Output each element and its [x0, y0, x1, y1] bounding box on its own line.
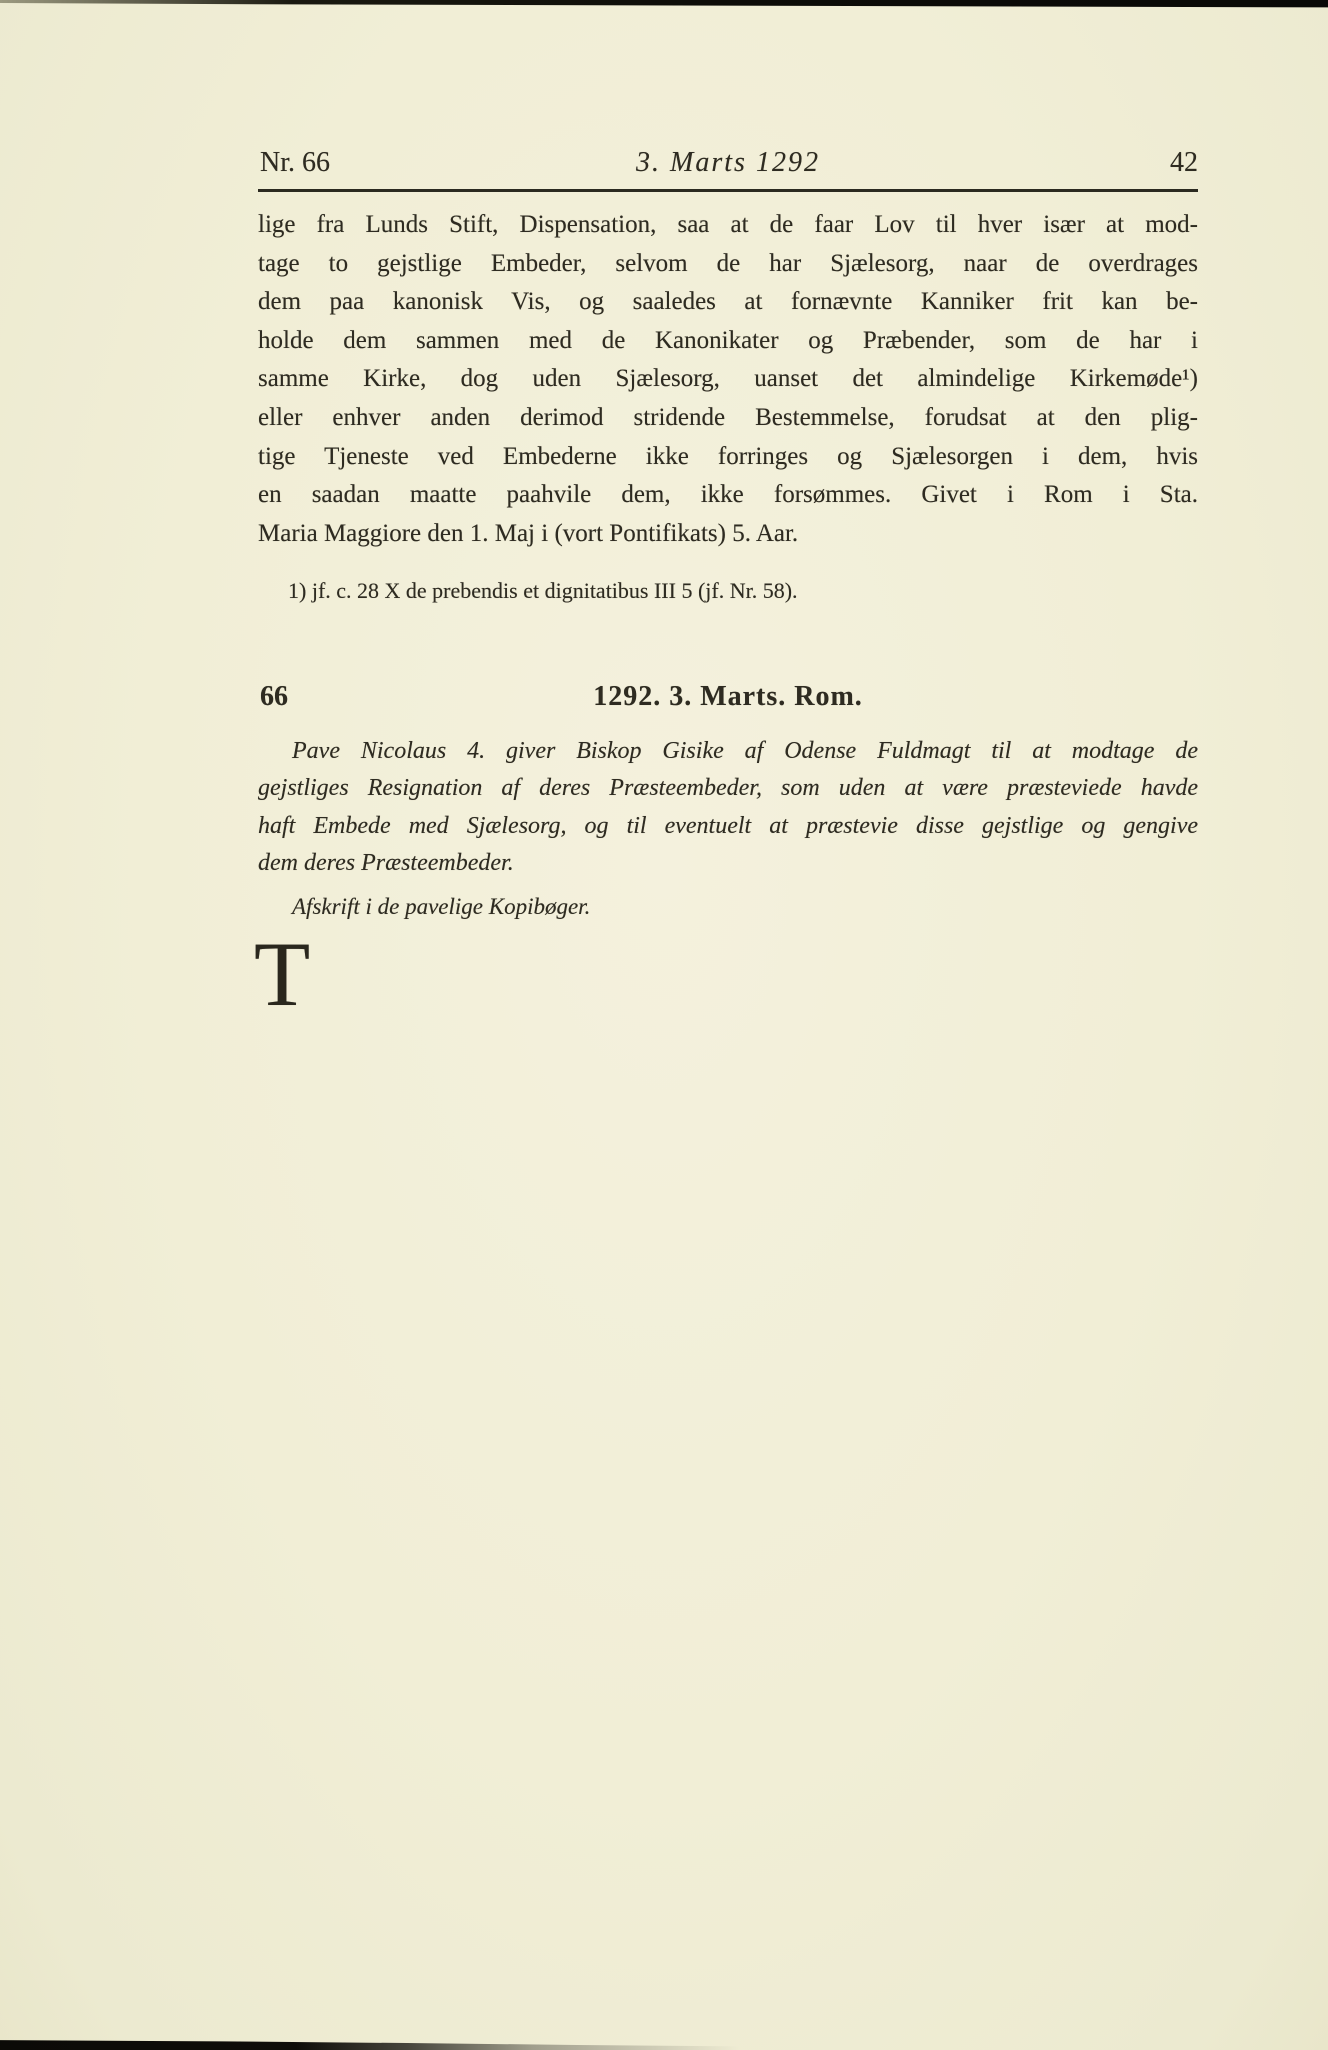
entry-heading: 66 1292. 3. Marts. Rom. — [258, 681, 1198, 721]
header-rule — [258, 189, 1198, 192]
previous-entry-footnote: 1) jf. c. 28 X de prebendis et dignitati… — [258, 578, 1198, 604]
drop-cap: T — [254, 928, 310, 1020]
text-line: eller enhver anden derimod stridende Bes… — [258, 399, 1198, 438]
page-number: 42 — [1170, 147, 1198, 179]
text-line: Pave Nicolaus 4. giver Biskop Gisike af … — [258, 733, 1198, 770]
running-header: Nr. 66 3. Marts 1292 42 — [258, 147, 1198, 185]
entry-summary: Pave Nicolaus 4. giver Biskop Gisike af … — [258, 733, 1198, 883]
scan-edge-bottom — [0, 2038, 740, 2050]
text-line: dem deres Præsteembeder. — [258, 845, 1198, 882]
previous-entry-paragraph: lige fra Lunds Stift, Dispensation, saa … — [258, 206, 1198, 553]
entry-date-place: 1292. 3. Marts. Rom. — [258, 681, 1198, 713]
text-line: gejstliges Resignation af deres Præsteem… — [258, 770, 1198, 807]
source-note: Afskrift i de pavelige Kopibøger. — [258, 894, 1232, 920]
text-line: samme Kirke, dog uden Sjælesorg, uanset … — [258, 360, 1198, 399]
text-line: tige Tjeneste ved Embederne ikke forring… — [258, 438, 1198, 477]
scan-edge-top — [0, 0, 1328, 8]
header-date: 3. Marts 1292 — [258, 147, 1198, 179]
text-line: holde dem sammen med de Kanonikater og P… — [258, 322, 1198, 361]
text-line: dem paa kanonisk Vis, og saaledes at for… — [258, 283, 1198, 322]
text-line: tage to gejstlige Embeder, selvom de har… — [258, 245, 1198, 284]
text-line: haft Embede med Sjælesorg, og til eventu… — [258, 808, 1198, 845]
text-line: lige fra Lunds Stift, Dispensation, saa … — [258, 206, 1198, 245]
text-line: Maria Maggiore den 1. Maj i (vort Pontif… — [258, 515, 1198, 554]
text-line: en saadan maatte paahvile dem, ikke fors… — [258, 476, 1198, 515]
book-page-scan: Nr. 66 3. Marts 1292 42 lige fra Lunds S… — [0, 0, 1328, 2050]
